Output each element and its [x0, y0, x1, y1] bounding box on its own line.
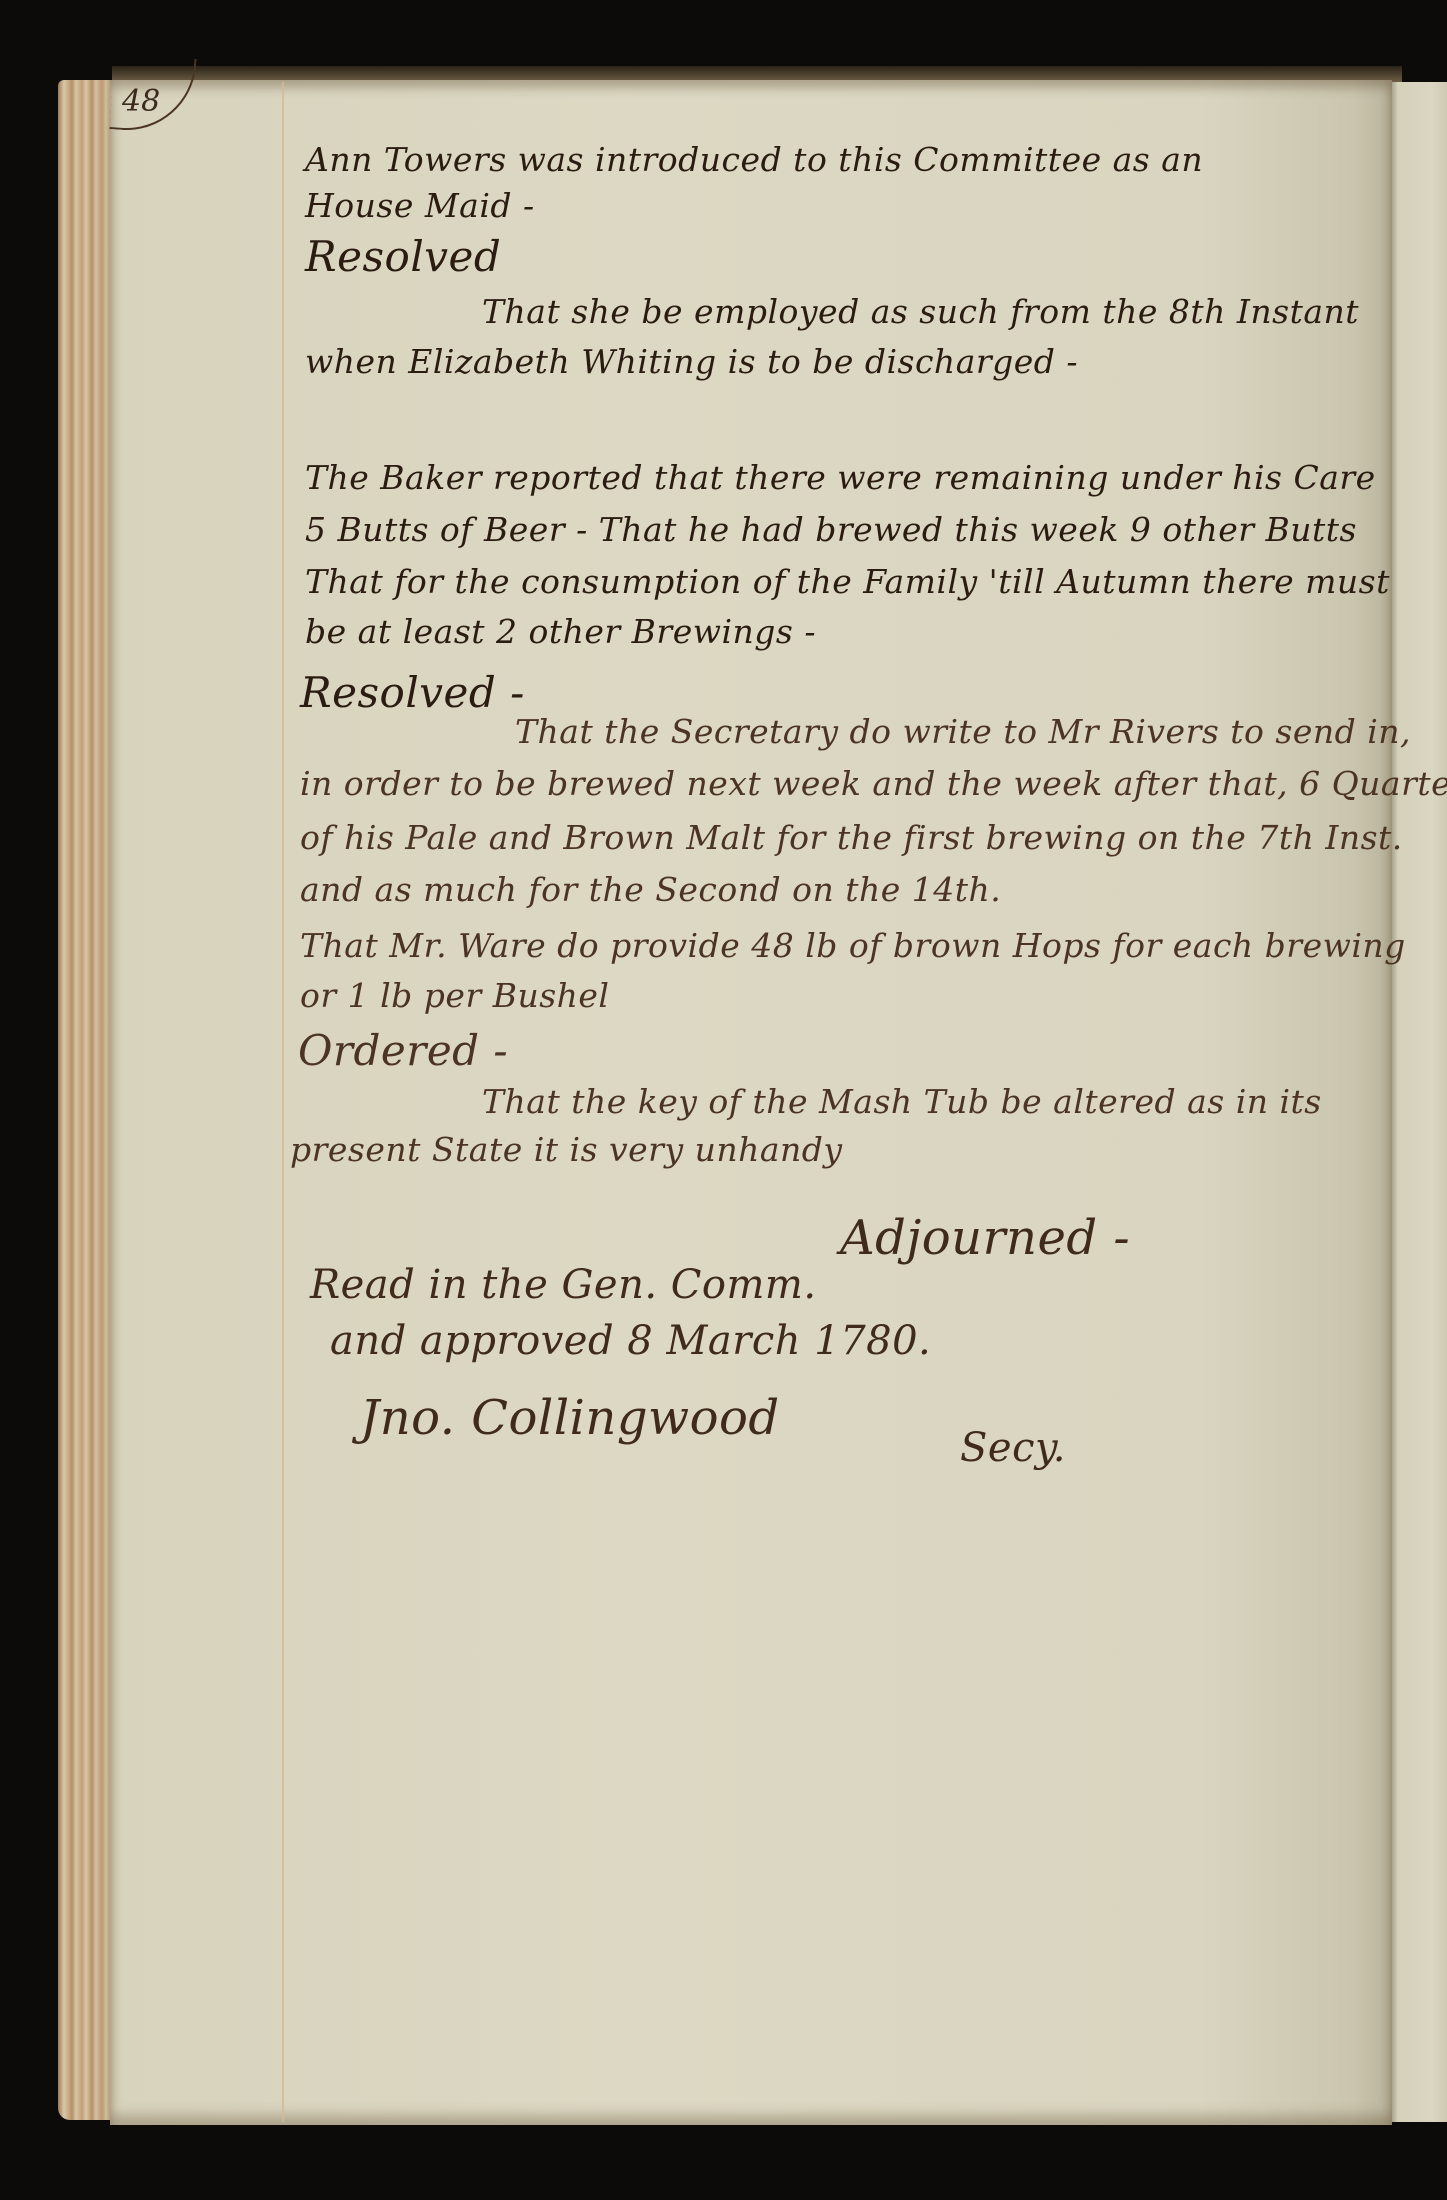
- entry-3-line-2: 5 Butts of Beer - That he had brewed thi…: [305, 510, 1357, 549]
- entry-3-line-4: be at least 2 other Brewings -: [305, 612, 816, 651]
- entry-1-line-1: Ann Towers was introduced to this Commit…: [305, 140, 1203, 179]
- entry-5-line-1: That the key of the Mash Tub be altered …: [482, 1082, 1322, 1121]
- entry-1-line-2: House Maid -: [305, 186, 535, 225]
- page-edges: [58, 80, 112, 2120]
- book-scan: 48 Ann Towers was introduced to this Com…: [0, 0, 1447, 2200]
- entry-3-line-3: That for the consumption of the Family '…: [305, 562, 1390, 601]
- resolved-heading-1: Resolved: [305, 232, 501, 281]
- entry-2-line-2: when Elizabeth Whiting is to be discharg…: [305, 342, 1078, 381]
- entry-5-line-2: present State it is very unhandy: [290, 1130, 843, 1169]
- approval-line-2: and approved 8 March 1780.: [330, 1318, 931, 1364]
- entry-4-line-2: in order to be brewed next week and the …: [300, 764, 1447, 803]
- folio-number: 48: [122, 84, 160, 119]
- entry-4-line-4: and as much for the Second on the 14th.: [300, 870, 1001, 909]
- entry-4-line-3: of his Pale and Brown Malt for the first…: [300, 818, 1403, 857]
- ordered-heading: Ordered -: [298, 1026, 508, 1075]
- secretary-signature: Jno. Collingwood: [360, 1390, 780, 1446]
- approval-line-1: Read in the Gen. Comm.: [310, 1262, 817, 1308]
- secretary-title: Secy.: [960, 1425, 1066, 1471]
- adjourned-note: Adjourned -: [840, 1210, 1130, 1266]
- entry-4-line-6: or 1 lb per Bushel: [300, 976, 609, 1015]
- resolved-heading-2: Resolved -: [300, 668, 525, 717]
- entry-4-line-1: That the Secretary do write to Mr Rivers…: [515, 712, 1411, 751]
- entry-4-line-5: That Mr. Ware do provide 48 lb of brown …: [300, 926, 1406, 965]
- right-leaf-edge: [1392, 82, 1447, 2122]
- entry-2-line-1: That she be employed as such from the 8t…: [482, 292, 1359, 331]
- entry-3-line-1: The Baker reported that there were remai…: [305, 458, 1376, 497]
- margin-rule: [282, 82, 284, 2122]
